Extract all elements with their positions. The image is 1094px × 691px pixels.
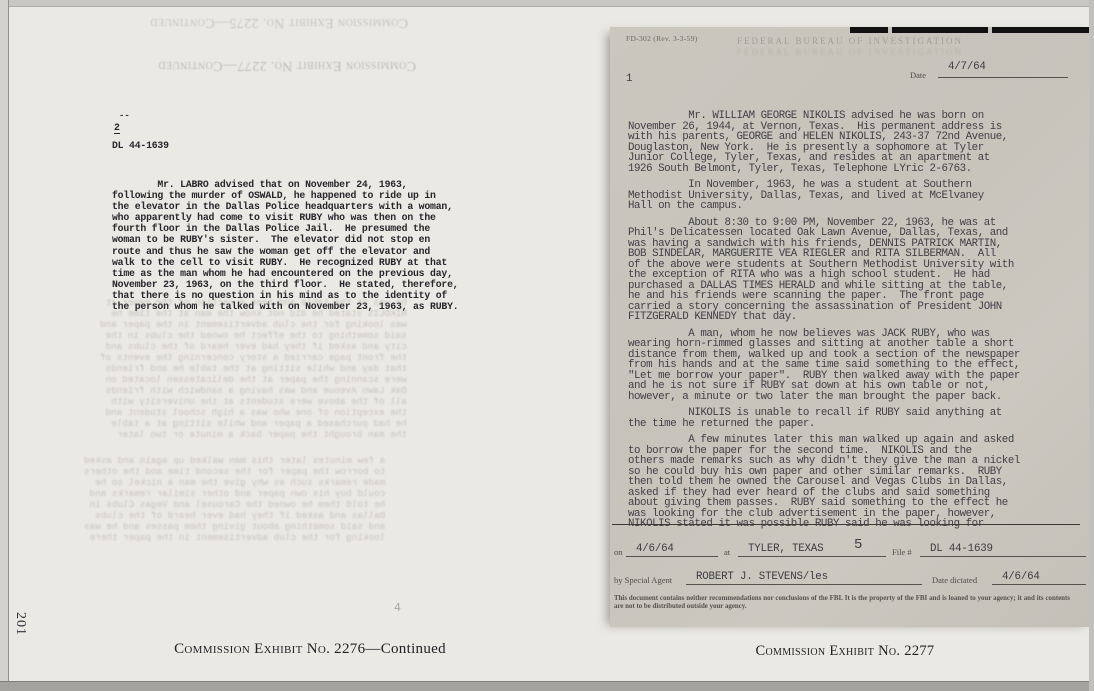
scan-artifact-bar	[850, 27, 888, 33]
left-page-number: 2	[114, 122, 120, 134]
fbi-fd302-report-page: FD-302 (Rev. 3-3-59) FEDERAL BUREAU OF I…	[610, 27, 1094, 627]
on-date-field: 4/6/64	[626, 556, 718, 557]
scan-edge-top	[0, 0, 1094, 7]
file-label: File #	[892, 547, 912, 557]
date-label: Date	[910, 70, 926, 80]
footer-page-number: 5	[854, 537, 862, 553]
exhibit-caption-left-suffix: —Continued	[365, 641, 446, 657]
footer-row-investigation: on 4/6/64 at TYLER, TEXAS 5 File # DL 44…	[614, 543, 1088, 559]
report-paragraph: About 8:30 to 9:00 PM, November 22, 1963…	[628, 218, 1080, 323]
scan-edge-bottom	[0, 681, 1094, 691]
report-page-number: 1	[626, 73, 632, 85]
fbi-disclaimer: This document contains neither recommend…	[614, 595, 1070, 611]
file-number-value: DL 44-1639	[930, 543, 993, 555]
agency-header: FEDERAL BUREAU OF INVESTIGATION	[720, 36, 980, 46]
body-bottom-rule	[612, 524, 1080, 525]
special-agent-field: ROBERT J. STEVENS/les	[686, 584, 922, 585]
special-agent-value: ROBERT J. STEVENS/les	[696, 571, 828, 583]
agency-header-ghost: FEDERAL BUREAU OF INVESTIGATION	[720, 47, 980, 57]
report-paragraph: In November, 1963, he was a student at S…	[628, 180, 1080, 212]
scanned-document-spread: Commission Exhibit No. 2275—Continued Co…	[0, 0, 1094, 691]
special-agent-label: by Special Agent	[614, 575, 672, 585]
bleedthrough-caption-top: Commission Exhibit No. 2275—Continued	[150, 14, 408, 30]
place-value: TYLER, TEXAS	[748, 543, 823, 555]
bleedthrough-text-upper: he was at the table and took a section o…	[100, 297, 407, 440]
scan-edge-right	[1089, 0, 1094, 691]
bleedthrough-caption-second: Commission Exhibit No. 2277—Continued	[158, 57, 416, 73]
date-dictated-value: 4/6/64	[1002, 571, 1040, 583]
at-label: at	[724, 547, 730, 557]
date-field: Date 4/7/64	[910, 65, 1070, 83]
left-report-paragraph: Mr. LABRO advised that on November 24, 1…	[112, 179, 472, 312]
on-label: on	[614, 547, 623, 557]
exhibit-caption-right: Commission Exhibit No. 2277	[700, 643, 990, 660]
report-paragraph: NIKOLIS is unable to recall if RUBY said…	[628, 408, 1080, 429]
pencil-mark: 4	[394, 601, 401, 614]
place-field: TYLER, TEXAS	[738, 556, 878, 557]
date-underline	[938, 77, 1068, 78]
form-number: FD-302 (Rev. 3-3-59)	[626, 34, 698, 43]
date-value: 4/7/64	[948, 61, 986, 73]
left-file-number: DL 44-1639	[112, 140, 169, 151]
scan-artifact-bar	[992, 27, 1094, 33]
exhibit-caption-left: Commission Exhibit No. 2276—Continued	[128, 641, 492, 658]
footer-row-agent: by Special Agent ROBERT J. STEVENS/les D…	[614, 571, 1088, 587]
volume-page-number: 201	[6, 600, 48, 658]
page-number-underline	[878, 556, 886, 557]
date-dictated-field: 4/6/64	[992, 584, 1086, 585]
on-date-value: 4/6/64	[636, 543, 674, 555]
exhibit-caption-left-main: Commission Exhibit No. 2276	[174, 641, 365, 657]
bleedthrough-text-lower: a few minutes later this man walked up a…	[84, 455, 385, 543]
report-paragraph: A few minutes later this man walked up a…	[628, 435, 1080, 530]
scan-edge-left	[0, 0, 9, 691]
report-body: Mr. WILLIAM GEORGE NIKOLIS advised he wa…	[628, 111, 1080, 536]
report-paragraph: A man, whom he now believes was JACK RUB…	[628, 329, 1080, 403]
report-paragraph: Mr. WILLIAM GEORGE NIKOLIS advised he wa…	[628, 111, 1080, 174]
stray-typed-mark: --	[119, 111, 130, 121]
file-number-field: DL 44-1639	[920, 556, 1086, 557]
date-dictated-label: Date dictated	[932, 575, 977, 585]
scan-artifact-bar	[892, 27, 988, 33]
